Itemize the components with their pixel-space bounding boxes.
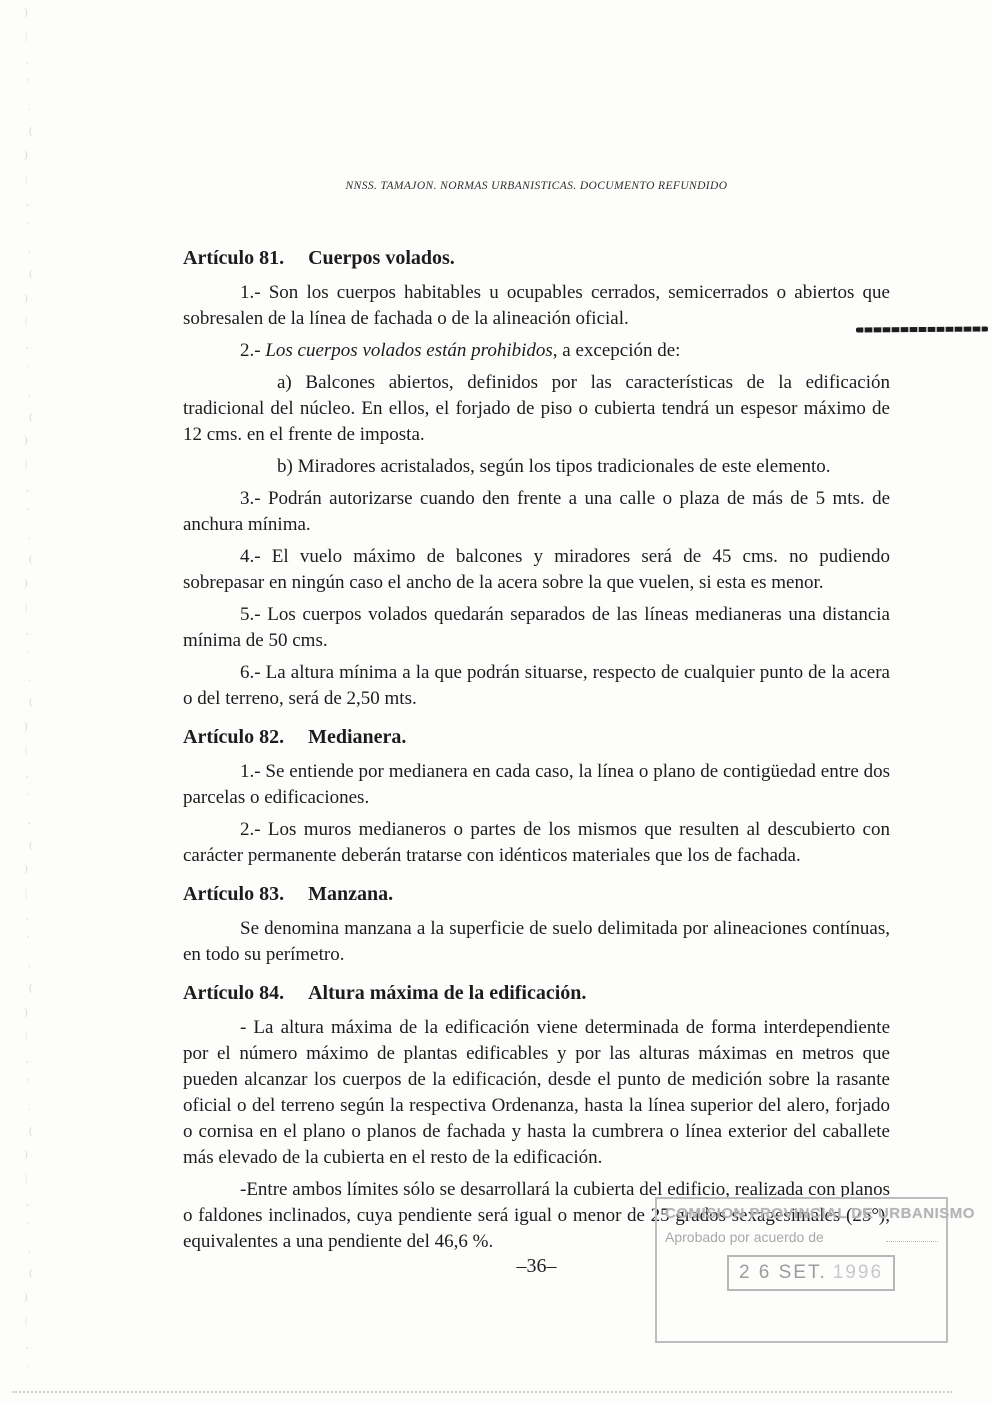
scan-mark: ) — [24, 1006, 28, 1018]
article-title: Medianera. — [308, 726, 406, 748]
scan-mark: ) — [24, 577, 28, 589]
scan-mark: | — [25, 458, 27, 470]
paragraph: 5.- Los cuerpos volados quedarán separad… — [183, 602, 890, 654]
scan-mark: ( — [29, 1125, 33, 1137]
paragraph-text-italic: Los cuerpos volados están prohibidos — [265, 340, 552, 361]
scan-mark: ) — [24, 292, 28, 304]
scan-mark: . — [28, 1101, 31, 1113]
article-number: Artículo 84. — [183, 982, 284, 1004]
paragraph: 1.- Son los cuerpos habitables u ocupabl… — [183, 280, 890, 332]
paragraph-text: 2.- Los muros medianeros o partes de los… — [183, 819, 890, 866]
paragraph-text: 1.- Se entiende por medianera en cada ca… — [183, 761, 890, 808]
scan-mark: , — [26, 768, 29, 780]
article-number: Artículo 82. — [183, 726, 284, 748]
paragraph-text: b) Miradores acristalados, según los tip… — [277, 456, 830, 477]
scan-mark: ) — [24, 6, 28, 18]
scan-mark: ' — [27, 1077, 29, 1089]
stamp-approved-label: Aprobado por acuerdo de — [665, 1229, 824, 1245]
scan-mark: | — [25, 315, 27, 327]
scan-mark: , — [26, 1053, 29, 1065]
stamp-date-box: 2 6 SET. 1996 — [727, 1255, 895, 1291]
scan-mark: . — [28, 101, 31, 113]
paragraph: 1.- Se entiende por medianera en cada ca… — [183, 759, 890, 811]
scan-mark: ' — [27, 1363, 29, 1375]
stamp-approved-line: Aprobado por acuerdo de — [665, 1229, 938, 1245]
scan-mark: ) — [24, 149, 28, 161]
paragraph-text: , a excepción de: — [553, 340, 681, 361]
scan-mark: ) — [24, 1148, 28, 1160]
document-header: NNSS. TAMAJON. NORMAS URBANISTICAS. DOCU… — [183, 180, 890, 192]
scan-mark: ) — [24, 1291, 28, 1303]
paragraph-text: 4.- El vuelo máximo de balcones y mirado… — [183, 546, 890, 593]
scan-mark: , — [26, 625, 29, 637]
article-heading: Artículo 83.Manzana. — [183, 881, 890, 907]
article-number: Artículo 83. — [183, 883, 284, 905]
scan-mark: , — [26, 339, 29, 351]
scan-mark: . — [28, 530, 31, 542]
scan-mark: | — [25, 601, 27, 613]
document-body: Artículo 81.Cuerpos volados.1.- Son los … — [183, 245, 890, 1261]
scan-mark: | — [25, 744, 27, 756]
paragraph: - La altura máxima de la edificación vie… — [183, 1015, 890, 1171]
paragraph: 6.- La altura mínima a la que podrán sit… — [183, 660, 890, 712]
scan-mark: . — [28, 958, 31, 970]
article-number: Artículo 81. — [183, 247, 284, 269]
scan-mark: ) — [24, 720, 28, 732]
paragraph-text: 6.- La altura mínima a la que podrán sit… — [183, 662, 890, 709]
paragraph: b) Miradores acristalados, según los tip… — [183, 454, 890, 480]
scan-mark: . — [28, 672, 31, 684]
paragraph: Se denomina manzana a la superficie de s… — [183, 916, 890, 968]
scan-mark: , — [26, 910, 29, 922]
scan-mark: , — [26, 54, 29, 66]
paragraph-text: 1.- Son los cuerpos habitables u ocupabl… — [183, 282, 890, 329]
paragraph-text: - La altura máxima de la edificación vie… — [183, 1017, 890, 1168]
article-title: Manzana. — [308, 883, 393, 905]
article-title: Altura máxima de la edificación. — [308, 982, 586, 1004]
scan-mark: ( — [29, 982, 33, 994]
scan-mark: ( — [29, 125, 33, 137]
scan-mark: , — [26, 1339, 29, 1351]
scan-mark: ) — [24, 863, 28, 875]
scan-mark: ( — [29, 268, 33, 280]
scan-mark: | — [25, 30, 27, 42]
article-heading: Artículo 82.Medianera. — [183, 724, 890, 750]
paragraph-text: 5.- Los cuerpos volados quedarán separad… — [183, 604, 890, 651]
document-page: )|,'.()|,'.()|,'.()|,'.()|,'.()|,'.()|,'… — [0, 0, 992, 1403]
scan-mark: ( — [29, 411, 33, 423]
article-heading: Artículo 84.Altura máxima de la edificac… — [183, 980, 890, 1006]
paragraph: 3.- Podrán autorizarse cuando den frente… — [183, 486, 890, 538]
paragraph: a) Balcones abiertos, definidos por las … — [183, 370, 890, 448]
scan-mark: ( — [29, 696, 33, 708]
scan-mark: ' — [27, 363, 29, 375]
scan-mark: | — [25, 887, 27, 899]
article-heading: Artículo 81.Cuerpos volados. — [183, 245, 890, 271]
paragraph-text: a) Balcones abiertos, definidos por las … — [183, 372, 890, 445]
scan-mark: ( — [29, 839, 33, 851]
scan-mark: | — [25, 173, 27, 185]
article-title: Cuerpos volados. — [308, 247, 455, 269]
scan-mark: . — [28, 244, 31, 256]
scan-mark: ' — [27, 77, 29, 89]
scan-mark: . — [28, 387, 31, 399]
scan-mark: . — [28, 815, 31, 827]
paragraph: 2.- Los muros medianeros o partes de los… — [183, 817, 890, 869]
approval-stamp: COMISION PROVINCIAL DE URBANISMO Aprobad… — [655, 1197, 948, 1343]
scan-mark: , — [26, 482, 29, 494]
paragraph: 4.- El vuelo máximo de balcones y mirado… — [183, 544, 890, 596]
scan-mark: ' — [27, 1220, 29, 1232]
scan-mark: ' — [27, 934, 29, 946]
stamp-date-year: 1996 — [833, 1262, 883, 1284]
scan-mark: ' — [27, 506, 29, 518]
scan-mark: ( — [29, 553, 33, 565]
scan-mark: ' — [27, 649, 29, 661]
scan-mark: | — [25, 1172, 27, 1184]
scan-mark: . — [28, 1244, 31, 1256]
scan-mark: , — [26, 1196, 29, 1208]
scan-mark: | — [25, 1315, 27, 1327]
paragraph-text: 2.- — [240, 340, 265, 361]
scan-mark: ' — [27, 791, 29, 803]
scan-mark: ' — [27, 220, 29, 232]
scan-mark: ( — [29, 1267, 33, 1279]
paragraph: 2.- Los cuerpos volados están prohibidos… — [183, 338, 890, 364]
paragraph-text: 3.- Podrán autorizarse cuando den frente… — [183, 488, 890, 535]
stamp-title: COMISION PROVINCIAL DE URBANISMO — [665, 1205, 938, 1222]
stamp-date: 2 6 SET. — [739, 1262, 827, 1284]
scan-mark: ) — [24, 434, 28, 446]
scan-artifact-bottom-line — [12, 1391, 952, 1393]
scan-mark: | — [25, 1029, 27, 1041]
stamp-dotted-line — [886, 1229, 938, 1242]
scan-mark: , — [26, 196, 29, 208]
paragraph-text: Se denomina manzana a la superficie de s… — [183, 918, 890, 965]
